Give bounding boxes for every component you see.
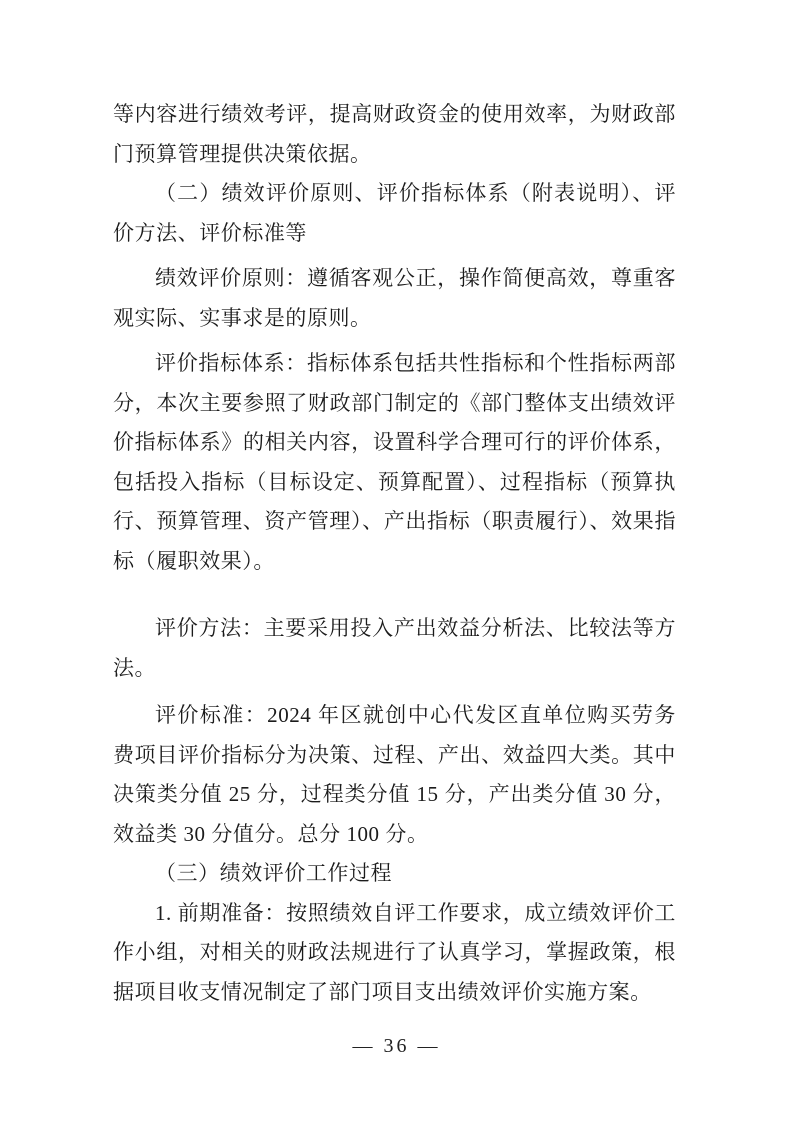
paragraph: 绩效评价原则：遵循客观公正，操作简便高效，尊重客观实际、实事求是的原则。 (113, 259, 676, 338)
paragraph: 评价标准：2024 年区就创中心代发区直单位购买劳务费项目评价指标分为决策、过程… (113, 696, 676, 854)
paragraph: （二）绩效评价原则、评价指标体系（附表说明）、评价方法、评价标准等 (113, 174, 676, 253)
page-number: — 36 — (353, 1035, 441, 1057)
paragraph: 评价方法：主要采用投入产出效益分析法、比较法等方法。 (113, 609, 676, 688)
paragraph: 等内容进行绩效考评，提高财政资金的使用效率，为财政部门预算管理提供决策依据。 (113, 95, 676, 174)
paragraph: （三）绩效评价工作过程 (113, 854, 676, 894)
document-page: 等内容进行绩效考评，提高财政资金的使用效率，为财政部门预算管理提供决策依据。（二… (0, 0, 793, 1122)
paragraph: 1. 前期准备：按照绩效自评工作要求，成立绩效评价工作小组，对相关的财政法规进行… (113, 894, 676, 1013)
paragraph: 评价指标体系：指标体系包括共性指标和个性指标两部分，本次主要参照了财政部门制定的… (113, 344, 676, 581)
document-body: 等内容进行绩效考评，提高财政资金的使用效率，为财政部门预算管理提供决策依据。（二… (113, 95, 676, 1012)
page-footer: — 36 — (0, 1032, 793, 1060)
